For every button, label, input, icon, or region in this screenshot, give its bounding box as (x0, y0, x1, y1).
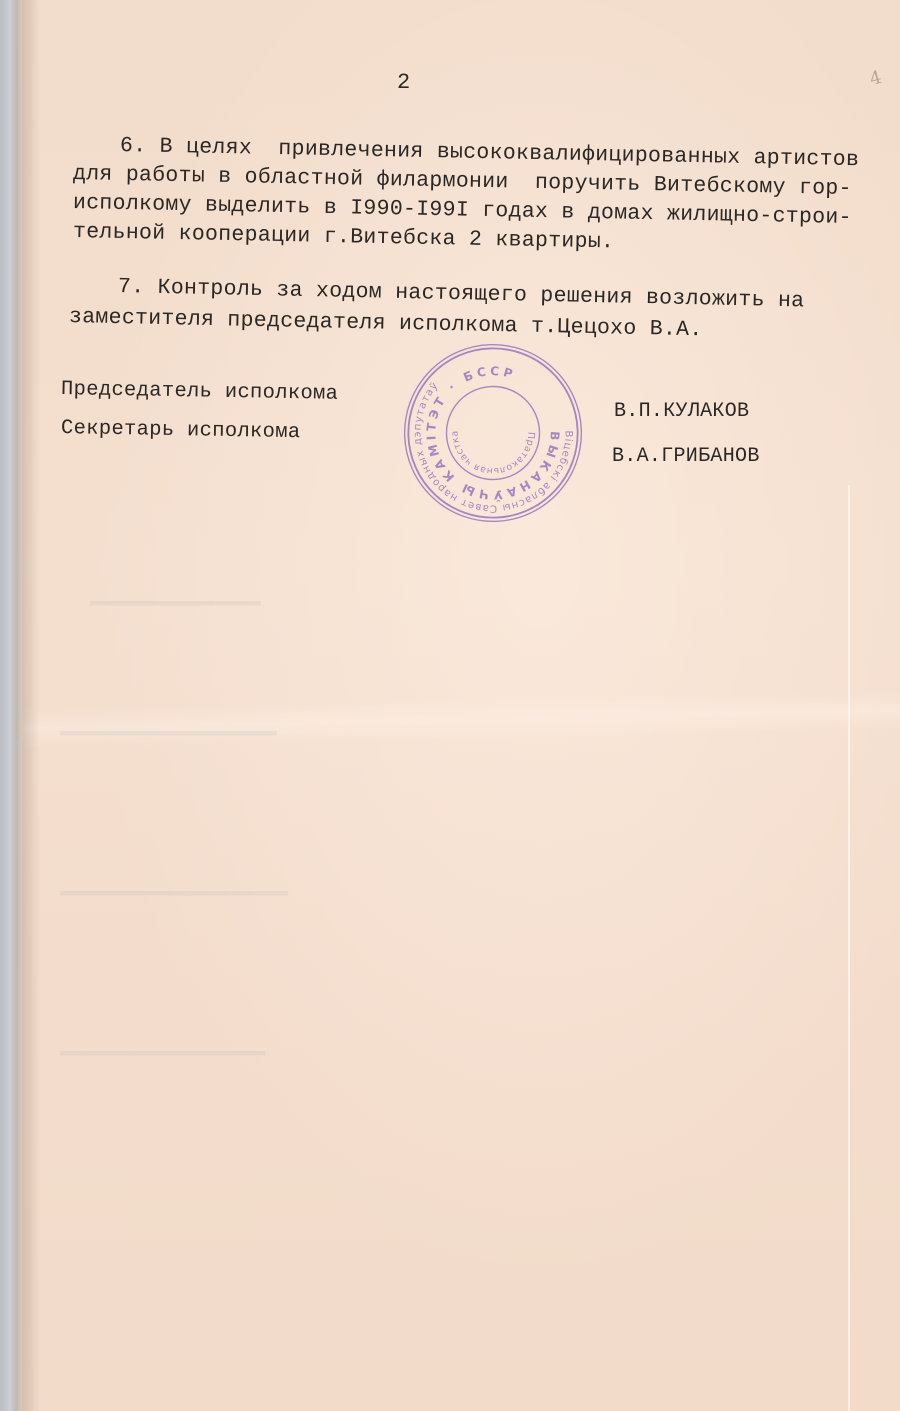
bleed-through-text: ▬▬▬▬▬▬▬▬▬▬▬▬▬▬▬ (90, 590, 261, 612)
signature-name-secretary: В.А.ГРИБАНОВ (612, 445, 760, 468)
signature-role-chairman: Председатель исполкома (61, 378, 339, 406)
binding-shadow (22, 0, 40, 1411)
signature-role-secretary: Секретарь исполкома (61, 417, 301, 444)
bleed-through-text: ▬▬▬▬▬▬▬▬▬▬▬▬▬▬▬▬▬▬▬▬ (60, 880, 288, 902)
signature-name-chairman: В.П.КУЛАКОВ (614, 400, 749, 423)
svg-text:Пратакольная частка: Пратакольная частка (449, 427, 537, 478)
binding-edge (0, 0, 22, 1411)
bleed-through-text: ▬▬▬▬▬▬▬▬▬▬▬▬▬▬▬▬▬▬▬ (60, 720, 277, 742)
bleed-through-text: ▬▬▬▬▬▬▬▬▬▬▬▬▬▬▬▬▬▬ (60, 1040, 265, 1062)
official-seal-stamp: Віцебскі абласны Савет народных дэпутата… (395, 337, 591, 530)
stamp-inner-text: Пратакольная частка (449, 427, 537, 478)
page-number: 2 (397, 70, 411, 95)
paper-crease (848, 485, 850, 1411)
